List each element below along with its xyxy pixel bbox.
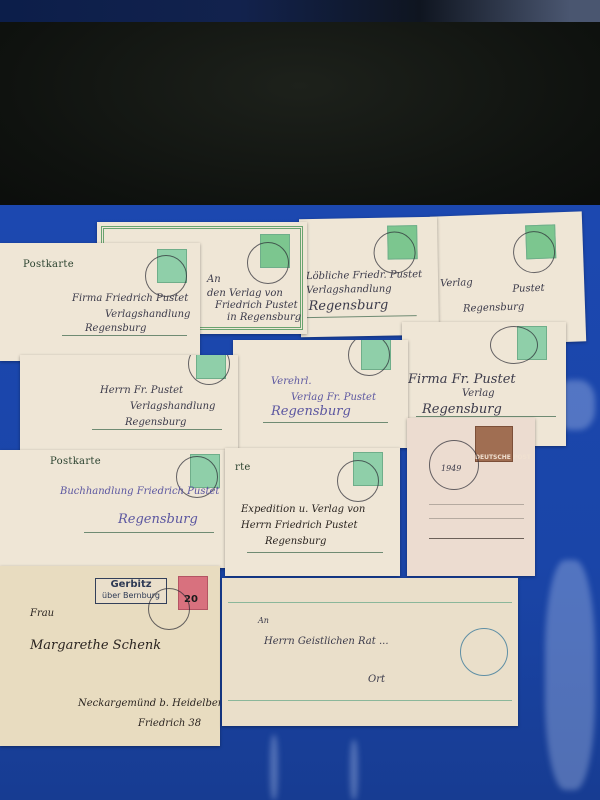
postkarte-header: Postkarte — [50, 456, 101, 467]
address-line: Firma Fr. Pustet — [408, 372, 516, 387]
address-line: Margarethe Schenk — [30, 638, 161, 653]
address-line: Firma Friedrich Pustet — [72, 293, 188, 304]
postcard: Verehrl. Verlag Fr. Pustet Regensburg — [233, 340, 408, 448]
address-line: Regensburg — [422, 402, 502, 417]
postmark — [148, 588, 190, 630]
postcard: DEUTSCHE POST 1949 — [407, 418, 535, 576]
postmark — [188, 355, 230, 385]
postcard: Herrn Fr. Pustet Verlagshandlung Regensb… — [20, 355, 238, 457]
address-rule — [429, 504, 524, 505]
address-line: Buchhandlung Friedrich Pustet — [60, 486, 219, 497]
envelope: An Herrn Geistlichen Rat ... Ort — [222, 578, 518, 726]
address-line: Regensburg — [265, 536, 326, 547]
address-rule — [416, 416, 556, 417]
postmark — [490, 326, 538, 364]
envelope-stripe — [228, 602, 512, 603]
cancel-town: Gerbitz — [96, 579, 166, 590]
address-rule — [307, 315, 417, 318]
address-line: Ort — [368, 674, 385, 685]
address-line: An — [207, 274, 221, 285]
address-rule — [62, 335, 187, 336]
postcard: Postkarte Buchhandlung Friedrich Pustet … — [0, 450, 230, 568]
address-line: Frau — [30, 608, 54, 619]
address-line: Regensburg — [85, 323, 146, 334]
address-line: Regensburg — [463, 301, 525, 314]
address-line: Herrn Geistlichen Rat ... — [264, 636, 389, 647]
address-line: Herrn Fr. Pustet — [100, 385, 183, 396]
address-line: Regensburg — [125, 417, 186, 428]
envelope-stripe — [228, 700, 512, 701]
sofa-sheen — [270, 735, 278, 800]
postmark — [337, 460, 379, 502]
address-line: Expedition u. Verlag von — [241, 504, 365, 515]
postmark — [348, 340, 390, 376]
postmark-year: 1949 — [441, 464, 461, 473]
address-line: Pustet — [512, 283, 545, 295]
sofa-sheen — [350, 740, 358, 800]
address-rule — [429, 518, 524, 519]
address-line: Verlag Fr. Pustet — [291, 392, 376, 403]
address-line: An — [258, 616, 269, 625]
postmark — [373, 231, 416, 274]
address-line: Regensburg — [118, 512, 198, 527]
address-rule — [92, 429, 222, 430]
gerbitz-cover: Gerbitz über Bernburg 20 Frau Margarethe… — [0, 566, 220, 746]
address-line: Neckargemünd b. Heidelberg — [78, 698, 220, 709]
address-line: Verlagshandlung — [105, 309, 190, 320]
address-rule — [247, 552, 383, 553]
address-rule — [429, 538, 524, 539]
sofa-sheen — [545, 560, 595, 790]
postkarte-header: rte — [235, 462, 251, 473]
address-line: in Regensburg — [227, 312, 301, 323]
address-line: Verlagshandlung — [130, 401, 215, 412]
postcard: Löbliche Friedr. Pustet Verlagshandlung … — [299, 217, 439, 337]
postcard: Postkarte Firma Friedrich Pustet Verlags… — [0, 243, 200, 361]
address-rule — [263, 422, 388, 423]
address-line: Regensburg — [308, 298, 388, 314]
address-line: Friedrich Pustet — [215, 300, 298, 311]
address-line: Löbliche Friedr. Pustet — [306, 269, 422, 282]
dark-background — [0, 0, 600, 215]
postmark — [247, 242, 289, 284]
address-line: Herrn Friedrich Pustet — [241, 520, 358, 531]
address-line: Verlagshandlung — [306, 284, 392, 296]
address-line: Verlag — [440, 277, 473, 289]
stamp-text: DEUTSCHE POST — [475, 454, 531, 461]
address-line: Verehrl. — [271, 376, 312, 387]
address-rule — [84, 532, 214, 533]
address-line: Regensburg — [271, 404, 351, 419]
postkarte-header: Postkarte — [23, 259, 74, 270]
postmark — [145, 255, 187, 297]
address-line: Friedrich 38 — [138, 718, 201, 729]
postmark — [460, 628, 508, 676]
address-line: Verlag — [462, 388, 495, 399]
postmark — [512, 230, 555, 273]
postcard: rte Expedition u. Verlag von Herrn Fried… — [225, 448, 400, 576]
blue-edge-top — [0, 0, 600, 22]
address-line: den Verlag von — [207, 288, 283, 299]
